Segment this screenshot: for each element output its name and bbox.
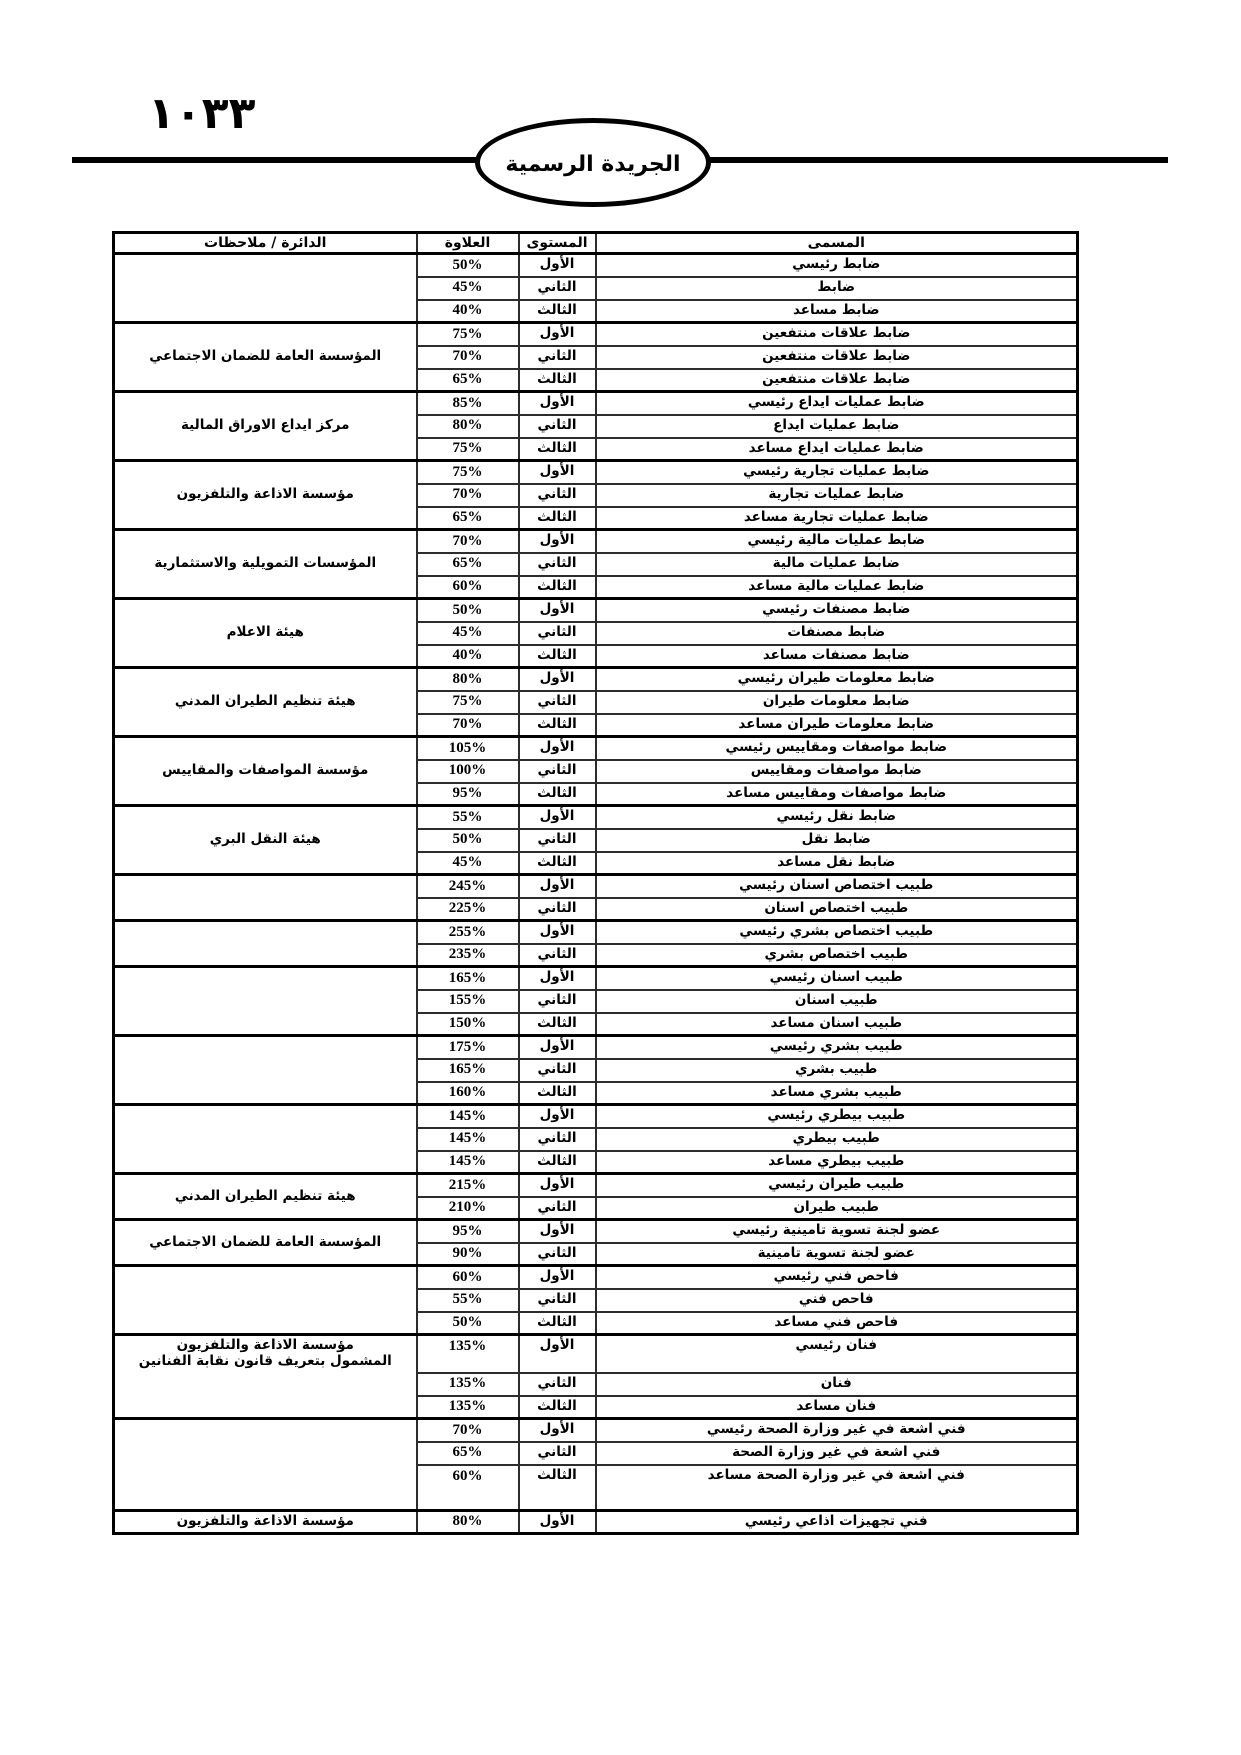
job-title-cell: طبيب اختصاص اسنان رئيسي <box>596 875 1078 898</box>
job-title-cell: ضابط عمليات ايداع رئيسي <box>596 392 1078 415</box>
table-row: ضابط مواصفات ومقاييس رئيسيالأول105%مؤسسة… <box>114 737 1078 760</box>
department-cell: هيئة تنظيم الطيران المدني <box>114 668 417 737</box>
job-title-cell: ضابط علاقات منتفعين <box>596 369 1078 392</box>
table-row: ضابط علاقات منتفعينالأول75%المؤسسة العام… <box>114 323 1078 346</box>
allowance-cell: 55% <box>417 806 519 829</box>
department-cell: هيئة الاعلام <box>114 599 417 668</box>
job-title-cell: ضابط مواصفات ومقاييس مساعد <box>596 783 1078 806</box>
header-job-title: المسمى <box>596 233 1078 254</box>
job-title-cell: طبيب طيران <box>596 1197 1078 1220</box>
level-cell: الثاني <box>519 1442 596 1465</box>
table-row: ضابط نقل رئيسيالأول55%هيئة النقل البري <box>114 806 1078 829</box>
job-title-cell: طبيب اختصاص بشري رئيسي <box>596 921 1078 944</box>
job-title-cell: ضابط نقل <box>596 829 1078 852</box>
level-cell: الثالث <box>519 1151 596 1174</box>
allowance-cell: 80% <box>417 668 519 691</box>
level-cell: الثاني <box>519 944 596 967</box>
allowance-cell: 45% <box>417 852 519 875</box>
level-cell: الأول <box>519 1174 596 1197</box>
table-row: ضابط عمليات تجارية رئيسيالأول75%مؤسسة ال… <box>114 461 1078 484</box>
job-title-cell: طبيب اختصاص اسنان <box>596 898 1078 921</box>
table-row: ضابط معلومات طيران رئيسيالأول80%هيئة تنظ… <box>114 668 1078 691</box>
header-level: المستوى <box>519 233 596 254</box>
allowance-cell: 50% <box>417 1312 519 1335</box>
header-row: المسمى المستوى العلاوة الدائرة / ملاحظات <box>114 233 1078 254</box>
department-cell <box>114 875 417 921</box>
job-title-cell: طبيب اختصاص بشري <box>596 944 1078 967</box>
table-row: طبيب اختصاص بشري رئيسيالأول255% <box>114 921 1078 944</box>
department-cell: مؤسسة الاذاعة والتلفزيون <box>114 1511 417 1534</box>
level-cell: الثالث <box>519 645 596 668</box>
allowance-cell: 105% <box>417 737 519 760</box>
level-cell: الثاني <box>519 622 596 645</box>
level-cell: الثاني <box>519 1059 596 1082</box>
allowance-cell: 50% <box>417 599 519 622</box>
allowance-cell: 60% <box>417 1465 519 1511</box>
allowance-cell: 175% <box>417 1036 519 1059</box>
job-title-cell: ضابط رئيسي <box>596 254 1078 277</box>
table-row: طبيب اختصاص اسنان رئيسيالأول245% <box>114 875 1078 898</box>
allowance-cell: 70% <box>417 1419 519 1442</box>
level-cell: الثاني <box>519 829 596 852</box>
job-title-cell: طبيب بشري رئيسي <box>596 1036 1078 1059</box>
department-cell: مؤسسة الاذاعة والتلفزيون <box>114 461 417 530</box>
level-cell: الأول <box>519 323 596 346</box>
job-title-cell: ضابط عمليات ايداع <box>596 415 1078 438</box>
job-title-cell: ضابط معلومات طيران مساعد <box>596 714 1078 737</box>
level-cell: الثاني <box>519 1197 596 1220</box>
allowance-cell: 70% <box>417 346 519 369</box>
level-cell: الأول <box>519 461 596 484</box>
level-cell: الثاني <box>519 691 596 714</box>
level-cell: الثالث <box>519 369 596 392</box>
allowance-cell: 145% <box>417 1105 519 1128</box>
allowance-cell: 235% <box>417 944 519 967</box>
allowance-cell: 135% <box>417 1373 519 1396</box>
job-title-cell: فني اشعة في غير وزارة الصحة رئيسي <box>596 1419 1078 1442</box>
level-cell: الأول <box>519 1419 596 1442</box>
level-cell: الثالث <box>519 1082 596 1105</box>
table-row: فاحص فني رئيسيالأول60% <box>114 1266 1078 1289</box>
job-title-cell: فنان <box>596 1373 1078 1396</box>
table-row: طبيب طيران رئيسيالأول215%هيئة تنظيم الطي… <box>114 1174 1078 1197</box>
department-cell: المؤسسة العامة للضمان الاجتماعي <box>114 1220 417 1266</box>
allowance-cell: 100% <box>417 760 519 783</box>
allowance-table-body: ضابط رئيسيالأول50%ضابطالثاني45%ضابط مساع… <box>114 254 1078 1534</box>
job-title-cell: طبيب بشري <box>596 1059 1078 1082</box>
allowance-cell: 165% <box>417 1059 519 1082</box>
allowance-cell: 65% <box>417 507 519 530</box>
allowance-cell: 135% <box>417 1335 519 1373</box>
level-cell: الثاني <box>519 990 596 1013</box>
level-cell: الثاني <box>519 1289 596 1312</box>
level-cell: الأول <box>519 967 596 990</box>
allowance-table-header: المسمى المستوى العلاوة الدائرة / ملاحظات <box>114 233 1078 254</box>
table-row: فني تجهيزات اذاعي رئيسيالأول80%مؤسسة الا… <box>114 1511 1078 1534</box>
job-title-cell: ضابط علاقات منتفعين <box>596 346 1078 369</box>
allowance-cell: 65% <box>417 369 519 392</box>
job-title-cell: فاحص فني مساعد <box>596 1312 1078 1335</box>
level-cell: الأول <box>519 599 596 622</box>
table-row: ضابط عمليات ايداع رئيسيالأول85%مركز ايدا… <box>114 392 1078 415</box>
job-title-cell: طبيب بشري مساعد <box>596 1082 1078 1105</box>
allowance-cell: 40% <box>417 645 519 668</box>
job-title-cell: طبيب اسنان <box>596 990 1078 1013</box>
level-cell: الأول <box>519 1105 596 1128</box>
allowance-cell: 65% <box>417 1442 519 1465</box>
job-title-cell: فاحص فني <box>596 1289 1078 1312</box>
level-cell: الثالث <box>519 576 596 599</box>
job-title-cell: ضابط عمليات ايداع مساعد <box>596 438 1078 461</box>
allowance-cell: 75% <box>417 438 519 461</box>
level-cell: الثالث <box>519 852 596 875</box>
department-cell: مؤسسة الاذاعة والتلفزيون المشمول بتعريف … <box>114 1335 417 1419</box>
level-cell: الثالث <box>519 714 596 737</box>
department-cell <box>114 1266 417 1335</box>
job-title-cell: ضابط عمليات مالية مساعد <box>596 576 1078 599</box>
allowance-cell: 85% <box>417 392 519 415</box>
gazette-page: ١٠٣٣ الجريدة الرسمية المسمى المستوى العل… <box>0 0 1241 1755</box>
job-title-cell: فنان مساعد <box>596 1396 1078 1419</box>
job-title-cell: ضابط <box>596 277 1078 300</box>
level-cell: الأول <box>519 1266 596 1289</box>
department-cell <box>114 1036 417 1105</box>
level-cell: الأول <box>519 254 596 277</box>
job-title-cell: ضابط معلومات طيران <box>596 691 1078 714</box>
level-cell: الأول <box>519 1511 596 1534</box>
table-row: ضابط رئيسيالأول50% <box>114 254 1078 277</box>
table-row: ضابط عمليات مالية رئيسيالأول70%المؤسسات … <box>114 530 1078 553</box>
department-cell: هيئة النقل البري <box>114 806 417 875</box>
allowance-cell: 50% <box>417 254 519 277</box>
level-cell: الثالث <box>519 1396 596 1419</box>
job-title-cell: طبيب طيران رئيسي <box>596 1174 1078 1197</box>
level-cell: الثاني <box>519 484 596 507</box>
allowance-cell: 45% <box>417 622 519 645</box>
department-cell <box>114 1105 417 1174</box>
job-title-cell: فاحص فني رئيسي <box>596 1266 1078 1289</box>
allowance-cell: 255% <box>417 921 519 944</box>
allowance-cell: 155% <box>417 990 519 1013</box>
level-cell: الأول <box>519 806 596 829</box>
level-cell: الأول <box>519 1036 596 1059</box>
level-cell: الثاني <box>519 553 596 576</box>
allowance-cell: 55% <box>417 1289 519 1312</box>
job-title-cell: طبيب بيطري مساعد <box>596 1151 1078 1174</box>
allowance-cell: 40% <box>417 300 519 323</box>
allowance-cell: 45% <box>417 277 519 300</box>
allowance-table: المسمى المستوى العلاوة الدائرة / ملاحظات… <box>112 231 1079 1535</box>
level-cell: الثاني <box>519 415 596 438</box>
allowance-cell: 75% <box>417 691 519 714</box>
level-cell: الثالث <box>519 438 596 461</box>
level-cell: الثاني <box>519 346 596 369</box>
table-row: ضابط مصنفات رئيسيالأول50%هيئة الاعلام <box>114 599 1078 622</box>
level-cell: الثاني <box>519 898 596 921</box>
allowance-cell: 135% <box>417 1396 519 1419</box>
job-title-cell: ضابط مصنفات رئيسي <box>596 599 1078 622</box>
header-department: الدائرة / ملاحظات <box>114 233 417 254</box>
table-row: طبيب بشري رئيسيالأول175% <box>114 1036 1078 1059</box>
job-title-cell: ضابط مصنفات مساعد <box>596 645 1078 668</box>
allowance-cell: 75% <box>417 323 519 346</box>
allowance-cell: 145% <box>417 1151 519 1174</box>
level-cell: الثالث <box>519 783 596 806</box>
level-cell: الثاني <box>519 1243 596 1266</box>
table-row: عضو لجنة تسوية تامينية رئيسيالأول95%المؤ… <box>114 1220 1078 1243</box>
allowance-cell: 225% <box>417 898 519 921</box>
department-cell: مركز ايداع الاوراق المالية <box>114 392 417 461</box>
level-cell: الأول <box>519 530 596 553</box>
job-title-cell: فني اشعة في غير وزارة الصحة <box>596 1442 1078 1465</box>
department-cell <box>114 967 417 1036</box>
level-cell: الأول <box>519 668 596 691</box>
job-title-cell: ضابط عمليات مالية <box>596 553 1078 576</box>
level-cell: الأول <box>519 921 596 944</box>
job-title-cell: طبيب اسنان مساعد <box>596 1013 1078 1036</box>
level-cell: الثاني <box>519 1128 596 1151</box>
job-title-cell: ضابط مواصفات ومقاييس رئيسي <box>596 737 1078 760</box>
level-cell: الثالث <box>519 1013 596 1036</box>
job-title-cell: عضو لجنة تسوية تامينية رئيسي <box>596 1220 1078 1243</box>
level-cell: الثالث <box>519 300 596 323</box>
level-cell: الثالث <box>519 1465 596 1511</box>
department-cell <box>114 921 417 967</box>
department-cell <box>114 1419 417 1511</box>
allowance-cell: 80% <box>417 1511 519 1534</box>
job-title-cell: ضابط علاقات منتفعين <box>596 323 1078 346</box>
job-title-cell: ضابط عمليات مالية رئيسي <box>596 530 1078 553</box>
job-title-cell: طبيب اسنان رئيسي <box>596 967 1078 990</box>
table-row: طبيب بيطري رئيسيالأول145% <box>114 1105 1078 1128</box>
job-title-cell: ضابط عمليات تجارية رئيسي <box>596 461 1078 484</box>
department-cell: مؤسسة المواصفات والمقاييس <box>114 737 417 806</box>
job-title-cell: ضابط مواصفات ومقاييس <box>596 760 1078 783</box>
allowance-cell: 60% <box>417 576 519 599</box>
level-cell: الأول <box>519 1220 596 1243</box>
allowance-cell: 150% <box>417 1013 519 1036</box>
department-cell <box>114 254 417 323</box>
job-title-cell: طبيب بيطري رئيسي <box>596 1105 1078 1128</box>
level-cell: الأول <box>519 875 596 898</box>
job-title-cell: فني اشعة في غير وزارة الصحة مساعد <box>596 1465 1078 1511</box>
allowance-cell: 215% <box>417 1174 519 1197</box>
job-title-cell: ضابط مصنفات <box>596 622 1078 645</box>
job-title-cell: فنان رئيسي <box>596 1335 1078 1373</box>
allowance-cell: 210% <box>417 1197 519 1220</box>
level-cell: الثالث <box>519 507 596 530</box>
allowance-cell: 245% <box>417 875 519 898</box>
allowance-cell: 70% <box>417 530 519 553</box>
level-cell: الأول <box>519 737 596 760</box>
allowance-cell: 60% <box>417 1266 519 1289</box>
header-allowance: العلاوة <box>417 233 519 254</box>
department-cell: هيئة تنظيم الطيران المدني <box>114 1174 417 1220</box>
level-cell: الثاني <box>519 1373 596 1396</box>
gazette-banner-oval: الجريدة الرسمية <box>475 118 711 207</box>
allowance-cell: 80% <box>417 415 519 438</box>
allowance-cell: 70% <box>417 484 519 507</box>
level-cell: الثاني <box>519 277 596 300</box>
allowance-cell: 70% <box>417 714 519 737</box>
page-number: ١٠٣٣ <box>148 88 255 139</box>
allowance-cell: 95% <box>417 1220 519 1243</box>
table-row: فنان رئيسيالأول135%مؤسسة الاذاعة والتلفز… <box>114 1335 1078 1373</box>
job-title-cell: عضو لجنة تسوية تامينية <box>596 1243 1078 1266</box>
level-cell: الثالث <box>519 1312 596 1335</box>
level-cell: الثاني <box>519 760 596 783</box>
allowance-cell: 160% <box>417 1082 519 1105</box>
job-title-cell: ضابط عمليات تجارية <box>596 484 1078 507</box>
department-cell: المؤسسات التمويلية والاستثمارية <box>114 530 417 599</box>
job-title-cell: ضابط نقل رئيسي <box>596 806 1078 829</box>
job-title-cell: طبيب بيطري <box>596 1128 1078 1151</box>
table-row: فني اشعة في غير وزارة الصحة رئيسيالأول70… <box>114 1419 1078 1442</box>
allowance-cell: 95% <box>417 783 519 806</box>
allowance-cell: 75% <box>417 461 519 484</box>
table-row: طبيب اسنان رئيسيالأول165% <box>114 967 1078 990</box>
job-title-cell: ضابط معلومات طيران رئيسي <box>596 668 1078 691</box>
job-title-cell: فني تجهيزات اذاعي رئيسي <box>596 1511 1078 1534</box>
gazette-banner-title: الجريدة الرسمية <box>505 148 680 177</box>
allowance-cell: 90% <box>417 1243 519 1266</box>
job-title-cell: ضابط عمليات تجارية مساعد <box>596 507 1078 530</box>
allowance-cell: 145% <box>417 1128 519 1151</box>
allowance-cell: 65% <box>417 553 519 576</box>
allowance-cell: 165% <box>417 967 519 990</box>
job-title-cell: ضابط نقل مساعد <box>596 852 1078 875</box>
job-title-cell: ضابط مساعد <box>596 300 1078 323</box>
department-cell: المؤسسة العامة للضمان الاجتماعي <box>114 323 417 392</box>
level-cell: الأول <box>519 1335 596 1373</box>
allowance-cell: 50% <box>417 829 519 852</box>
level-cell: الأول <box>519 392 596 415</box>
